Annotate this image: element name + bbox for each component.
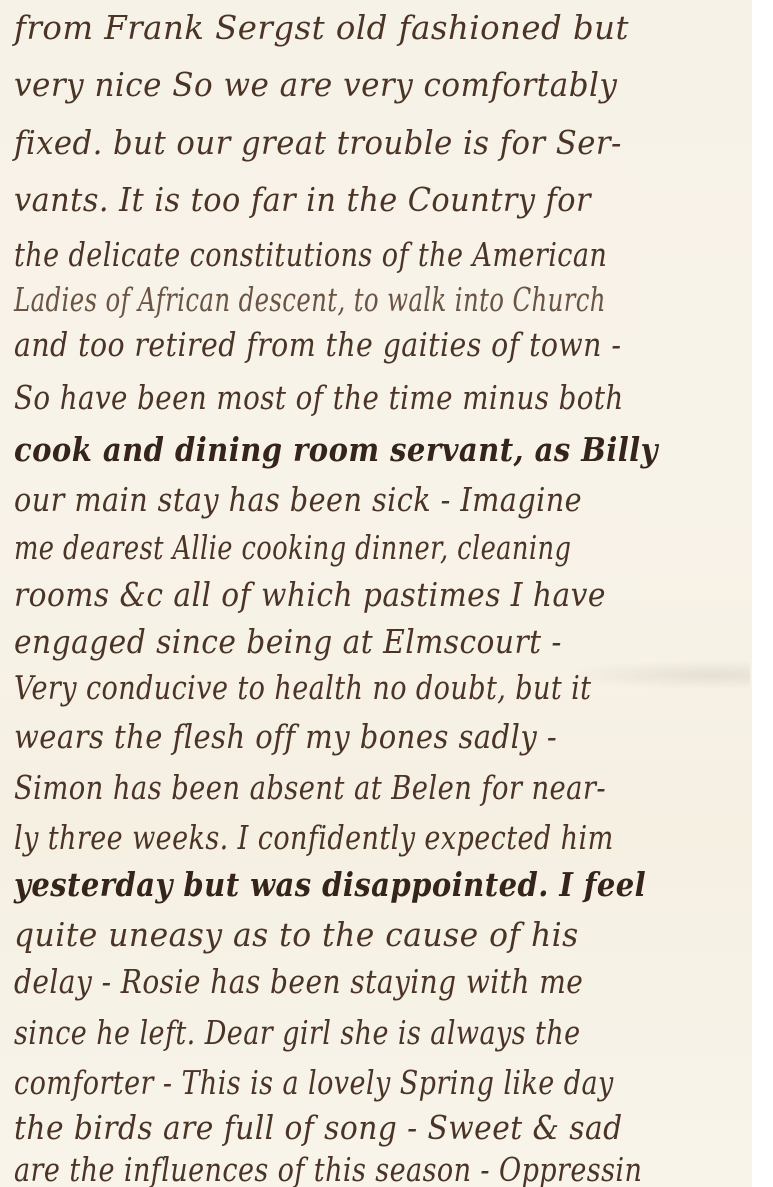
handwritten-line-11: me dearest Allie cooking dinner, cleanin… [14, 528, 571, 567]
handwritten-line-20: delay - Rosie has been staying with me [14, 962, 583, 1001]
handwritten-line-24: are the influences of this season - Oppr… [14, 1150, 642, 1187]
letter-page: from Frank Sergst old fashioned but very… [0, 0, 752, 1187]
handwritten-line-16: Simon has been absent at Belen for near- [14, 768, 606, 807]
handwritten-line-7: and too retired from the gaities of town… [14, 325, 621, 364]
handwritten-line-10: our main stay has been sick - Imagine [14, 480, 582, 519]
handwritten-line-19: quite uneasy as to the cause of his [14, 915, 579, 954]
handwritten-line-3: fixed. but our great trouble is for Ser- [14, 123, 622, 162]
handwritten-line-17: ly three weeks. I confidently expected h… [14, 818, 614, 857]
handwritten-line-21: since he left. Dear girl she is always t… [14, 1013, 581, 1052]
scan-margin [752, 0, 773, 1187]
handwritten-line-4: vants. It is too far in the Country for [14, 180, 591, 219]
handwritten-line-15: wears the flesh off my bones sadly - [14, 717, 557, 756]
handwritten-line-18: yesterday but was disappointed. I feel [14, 865, 646, 904]
handwritten-line-2: very nice So we are very comfortably [14, 65, 617, 104]
handwritten-line-13: engaged since being at Elmscourt - [14, 622, 562, 661]
handwritten-line-12: rooms &c all of which pastimes I have [14, 575, 606, 614]
handwritten-line-22: comforter - This is a lovely Spring like… [14, 1063, 614, 1102]
handwritten-line-8: So have been most of the time minus both [14, 378, 624, 417]
handwritten-line-5: the delicate constitutions of the Americ… [14, 235, 607, 274]
handwritten-line-14: Very conducive to health no doubt, but i… [14, 668, 591, 707]
handwritten-line-6: Ladies of African descent, to walk into … [14, 280, 606, 319]
handwritten-line-1: from Frank Sergst old fashioned but [14, 8, 629, 47]
handwritten-line-9: cook and dining room servant, as Billy [14, 430, 658, 469]
handwritten-line-23: the birds are full of song - Sweet & sad [14, 1108, 623, 1147]
